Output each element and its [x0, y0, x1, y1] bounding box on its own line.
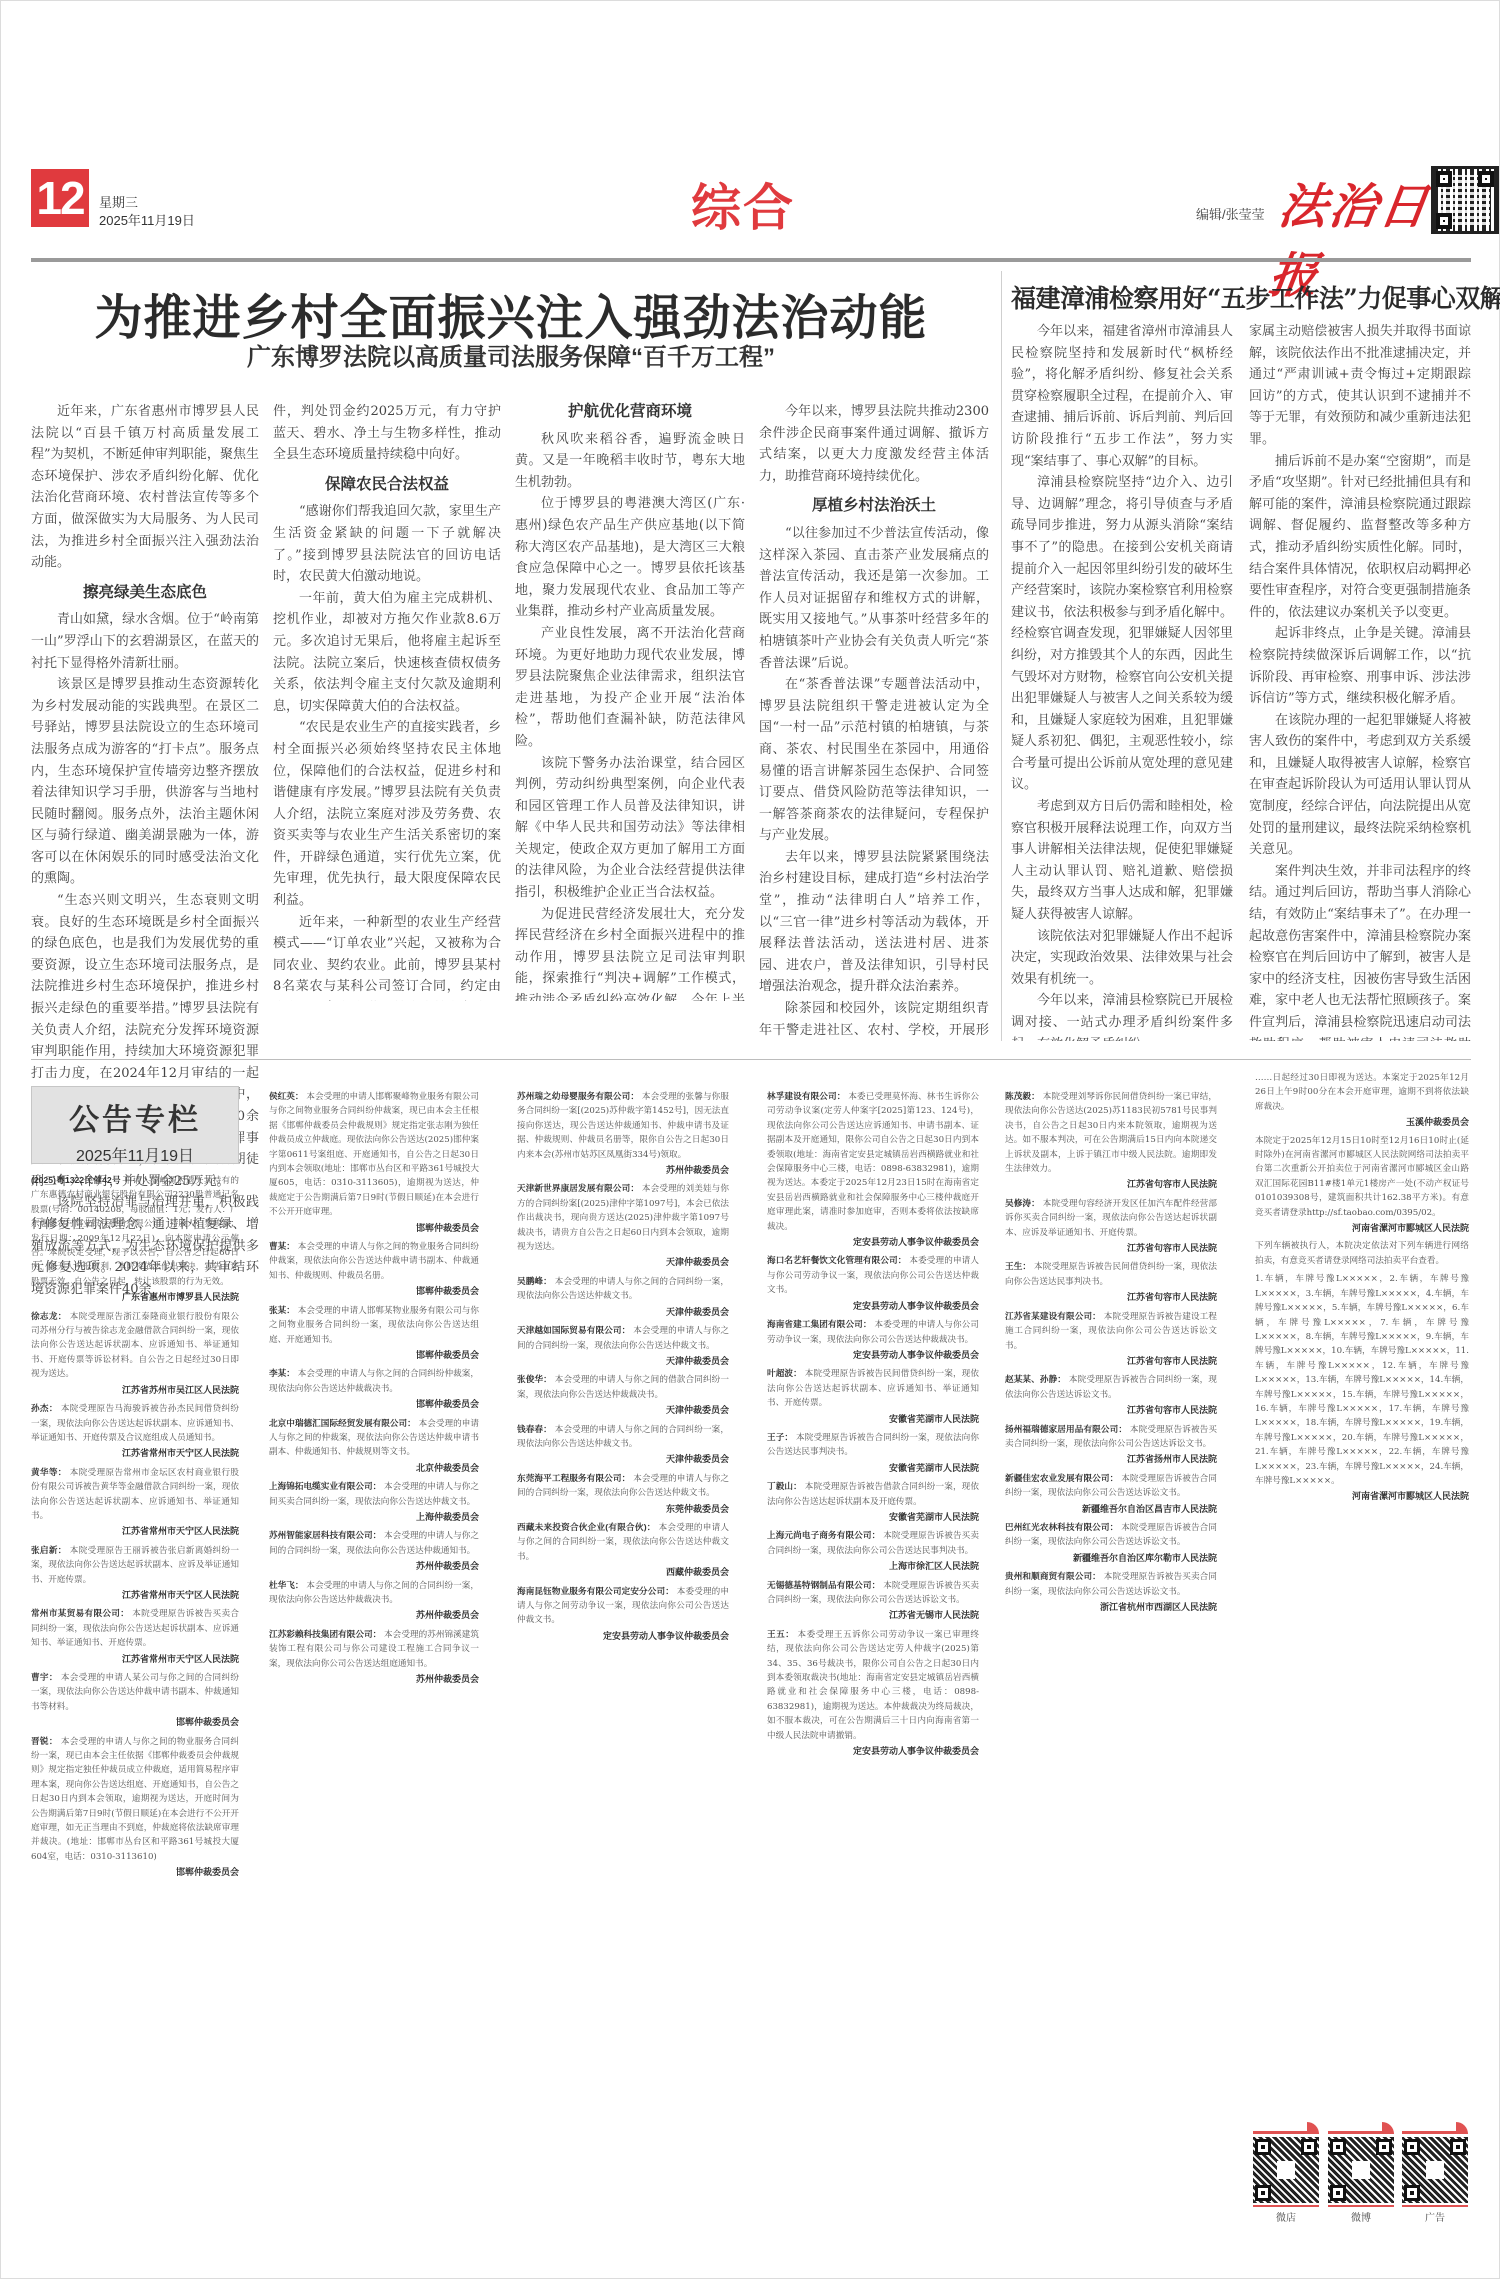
notice-item: 下列车辆被执行人，本院决定依法对下列车辆进行网络拍卖，有意竞买者请登录网络司法拍… — [1255, 1239, 1469, 1268]
notice-issuer: 天津仲裁委员会 — [517, 1305, 729, 1319]
notice-item: 张俊华： 本会受理的申请人与你之间的借款合同纠纷一案，现依法向你公告送达仲裁裁决… — [517, 1372, 729, 1417]
notice-issuer: 玉溪仲裁委员会 — [1255, 1115, 1469, 1129]
notice-item: 张某： 本会受理的申请人邯郸某物业服务有限公司与你之间物业服务合同纠纷一案，现依… — [269, 1303, 479, 1363]
notice-issuer: 定安县劳动人事争议仲裁委员会 — [767, 1299, 979, 1313]
notice-item: 王子： 本院受理原告诉被告合同纠纷一案，现依法向你公告送达民事判决书。安徽省芜湖… — [767, 1430, 979, 1475]
notice-issuer: 西藏仲裁委员会 — [517, 1565, 729, 1579]
notice-party: 常州市某贸易有限公司： — [31, 1608, 129, 1618]
notice-body: 本会受理的申请人与你之间的物业服务合同纠纷一案，现已由本会主任依据《邯郸仲裁委员… — [31, 1737, 239, 1862]
column-divider — [1001, 271, 1002, 1041]
weekday: 星期三 — [99, 192, 138, 211]
notice-column-4: 林孚建设有限公司： 本委已受理莫怀海、林书生诉你公司劳动争议案(定劳人仲案字[2… — [767, 1089, 979, 2174]
qr-label: 微店 — [1253, 2209, 1319, 2224]
notice-issuer: 安徽省芜湖市人民法院 — [767, 1510, 979, 1524]
notice-issuer: 天津仲裁委员会 — [517, 1255, 729, 1269]
paragraph: 捕后诉前不是办案“空窗期”，而是矛盾“攻坚期”。针对已经批捕但具有和解可能的案件… — [1249, 451, 1471, 624]
notice-issuer: 安徽省芜湖市人民法院 — [767, 1461, 979, 1475]
section-heading: 擦亮绿美生态底色 — [31, 582, 259, 604]
notice-item: 苏州智能家居科技有限公司： 本会受理的申请人与你之间的合同纠纷一案，现依法向你公… — [269, 1528, 479, 1573]
notice-item: 曹宇： 本会受理的申请人某公司与你之间的合同纠纷一案，现依法向你公告送达仲裁申请… — [31, 1670, 239, 1730]
notice-body: ……日起经过30日即视为送达。本案定于2025年12月26日上午9时00分在本会… — [1255, 1073, 1469, 1112]
main-article-column-2: 件，判处罚金约2025万元，有力守护蓝天、碧水、净土与生物多样性，推动全县生态环… — [273, 401, 501, 1001]
notice-item: 杜华飞： 本会受理的申请人与你之间的合同纠纷一案，现依法向你公告送达仲裁裁决书。… — [269, 1578, 479, 1623]
notice-column-6: ……日起经过30日即视为送达。本案定于2025年12月26日上午9时00分在本会… — [1255, 1071, 1469, 2111]
notice-party: 北京中瑞德汇国际经贸发展有限公司： — [269, 1418, 416, 1428]
notice-item: (2025)粤1322民催42号 申请人黎峻源因遗失其持有的广东惠德农村商业银行… — [31, 1173, 239, 1305]
notice-issuer: 上海市徐汇区人民法院 — [767, 1559, 979, 1573]
paragraph: 今年以来，漳浦县检察院已开展检调对接、一站式办理矛盾纠纷案件多起，有效化解矛盾纠… — [1011, 990, 1233, 1041]
paragraph: “农民是农业生产的直接实践者，乡村全面振兴必须始终坚持农民主体地位，保障他们的合… — [273, 717, 501, 911]
qr-banner — [1402, 2131, 1468, 2134]
notice-body: 本会受理的张馨与你服务合同纠纷一案[(2025)苏仲裁字第1452号]，因无法直… — [517, 1092, 729, 1160]
notice-item: 1.车辆，车牌号豫L×××××，2.车辆，车牌号豫L×××××，3.车辆，车牌号… — [1255, 1272, 1469, 1504]
notice-party: 徐志龙： — [31, 1311, 67, 1321]
notice-issuer: 江苏省句容市人民法院 — [1005, 1290, 1217, 1304]
paragraph: 位于博罗县的粤港澳大湾区(广东·惠州)绿色农产品生产供应基地(以下简称大湾区农产… — [515, 493, 745, 623]
notice-issuer: 天津仲裁委员会 — [517, 1354, 729, 1368]
paragraph: 近年来，广东省惠州市博罗县人民法院以“百县千镇万村高质量发展工程”为契机，不断延… — [31, 401, 259, 574]
notice-issuer: 安徽省芜湖市人民法院 — [767, 1412, 979, 1426]
notice-item: 西藏未来投资合伙企业(有限合伙)： 本会受理的申请人与你之间的合同纠纷一案，现依… — [517, 1520, 729, 1580]
notice-party: 钱春春： — [517, 1424, 552, 1434]
notice-body: 本会受理的申请人与你之间的合同纠纷仲裁案，现依法向你公告送达仲裁裁决书。 — [269, 1369, 479, 1393]
qr-finder-icon — [1450, 2139, 1466, 2155]
notice-issuer: 新疆维吾尔自治区昌吉市人民法院 — [1005, 1502, 1217, 1516]
notice-issuer: 苏州仲裁委员会 — [269, 1672, 479, 1686]
notice-item: 苏州瑞之幼母婴服务有限公司： 本会受理的张馨与你服务合同纠纷一案[(2025)苏… — [517, 1089, 729, 1177]
masthead-rule — [31, 258, 1471, 262]
notice-issuer: 苏州仲裁委员会 — [269, 1608, 479, 1622]
notice-party: 西藏未来投资合伙企业(有限合伙)： — [517, 1522, 656, 1532]
paragraph: 该景区是博罗县推动生态资源转化为乡村发展动能的实践典型。在景区二号驿站，博罗县法… — [31, 674, 259, 890]
qr-code-icon[interactable] — [1328, 2137, 1394, 2203]
paragraph: 该院下警务办法治课堂，结合园区判例，劳动纠纷典型案例，向企业代表和园区管理工作人… — [515, 753, 745, 904]
notice-issuer: 广东省惠州市博罗县人民法院 — [31, 1290, 239, 1304]
notice-party: (2025)粤1322民催42号 — [31, 1175, 121, 1185]
qr-finder-icon — [1301, 2139, 1317, 2155]
paragraph: 在该院办理的一起犯罪嫌疑人将被害人致伤的案件中，考虑到双方关系缓和，且嫌疑人取得… — [1249, 710, 1471, 861]
paragraph: 考虑到双方日后仍需和睦相处，检察官积极开展释法说理工作，向双方当事人讲解相关法律… — [1011, 796, 1233, 926]
notice-party: 曹某： — [269, 1241, 295, 1251]
notice-issuer: 浙江省杭州市西湖区人民法院 — [1005, 1600, 1217, 1614]
notice-party: 巴州红光农林科技有限公司： — [1005, 1522, 1118, 1532]
paragraph: 今年以来，博罗县法院共推动2300余件涉企民商事案件通过调解、撤诉方式结案，以更… — [759, 401, 989, 487]
notice-party: 无锡德基特钢制品有限公司： — [767, 1580, 880, 1590]
notice-party: 海南昆钰物业服务有限公司定安分公司： — [517, 1586, 674, 1596]
notice-item: 孙杰： 本院受理原告马海骏诉被告孙杰民间借贷纠纷一案，现依法向你公告送达起诉状副… — [31, 1401, 239, 1461]
notice-issuer: 东莞仲裁委员会 — [517, 1502, 729, 1516]
notice-party: 王子： — [767, 1432, 793, 1442]
page-number: 12 — [31, 169, 89, 227]
notice-party: 苏州智能家居科技有限公司： — [269, 1530, 381, 1540]
notice-item: 贵州和顺商贸有限公司： 本院受理原告诉被告买卖合同纠纷一案，现依法向你公司公告送… — [1005, 1569, 1217, 1614]
notice-party: 新疆佳宏农业发展有限公司： — [1005, 1473, 1118, 1483]
notice-issuer: 定安县劳动人事争议仲裁委员会 — [767, 1235, 979, 1249]
notice-party: 曹宇： — [31, 1672, 58, 1682]
notice-item: 黄华等： 本院受理原告常州市金坛区农村商业银行股份有限公司诉被告黄华等金融借款合… — [31, 1465, 239, 1539]
notice-item: 丁毅山： 本院受理原告诉被告借款合同纠纷一案，现依法向你公告送达起诉状副本及开庭… — [767, 1479, 979, 1524]
section-heading: 保障农民合法权益 — [273, 474, 501, 496]
notice-issuer: 江苏省句容市人民法院 — [1005, 1354, 1217, 1368]
paragraph: 案件判决生效，并非司法程序的终结。通过判后回访，帮助当事人消除心结，有效防止“案… — [1249, 861, 1471, 1041]
notice-issuer: 邯郸仲裁委员会 — [269, 1348, 479, 1362]
notice-issuer: 苏州仲裁委员会 — [517, 1163, 729, 1177]
notice-party: 海口名艺轩餐饮文化管理有限公司： — [767, 1255, 907, 1265]
notice-item: 吴鹏峰： 本会受理的申请人与你之间的合同纠纷一案，现依法向你公告送达仲裁文书。天… — [517, 1274, 729, 1319]
paragraph: 青山如黛，绿水含烟。位于“岭南第一山”罗浮山下的玄碧湖景区，在蓝天的衬托下显得格… — [31, 609, 259, 674]
notice-issuer: 天津仲裁委员会 — [517, 1403, 729, 1417]
paragraph: 秋风吹来稻谷香，遍野流金映日黄。又是一年晚稻丰收时节，粤东大地生机勃勃。 — [515, 429, 745, 494]
paragraph: “感谢你们帮我追回欠款，家里生产生活资金紧缺的问题一下子就解决了。”接到博罗县法… — [273, 501, 501, 587]
notice-item: 北京中瑞德汇国际经贸发展有限公司： 本会受理的申请人与你之间的仲裁案，现依法向你… — [269, 1416, 479, 1476]
notice-issuer: 河南省漯河市郾城区人民法院 — [1255, 1221, 1469, 1235]
notice-party: 天津越如国际贸易有限公司： — [517, 1325, 630, 1335]
notice-item: 徐志龙： 本院受理原告浙江泰隆商业银行股份有限公司苏州分行与被告徐志龙金融借款合… — [31, 1309, 239, 1397]
notice-item: 曹某： 本会受理的申请人与你之间的物业服务合同纠纷仲裁案，现依法向你公告送达仲裁… — [269, 1239, 479, 1299]
notice-body: 本院定于2025年12月15日10时至12月16日10时止(延时除外)在河南省漯… — [1255, 1136, 1469, 1218]
qr-finder-icon — [1330, 2185, 1346, 2201]
notice-item: 海口名艺轩餐饮文化管理有限公司： 本委受理的申请人与你公司劳动争议一案，现依法向… — [767, 1253, 979, 1313]
notice-issuer: 北京仲裁委员会 — [269, 1461, 479, 1475]
notice-party: 王五： — [767, 1629, 794, 1639]
side-headline: 福建漳浦检察用好“五步工作法”力促事心双解 — [1011, 279, 1471, 315]
side-article-column-2: 家属主动赔偿被害人损失并取得书面谅解，该院依法作出不批准逮捕决定，并通过“严肃训… — [1249, 321, 1471, 1041]
notice-date: 2025年11月19日 — [32, 1143, 238, 1166]
notice-issuer: 江苏省无锡市人民法院 — [767, 1608, 979, 1622]
notice-item: 常州市某贸易有限公司： 本院受理原告诉被告买卖合同纠纷一案，现依法向你公告送达起… — [31, 1606, 239, 1666]
notice-party: 贵州和顺商贸有限公司： — [1005, 1571, 1101, 1581]
notice-party: 上海锦拓电缆实业有限公司： — [269, 1481, 381, 1491]
notice-party: 王生： — [1005, 1261, 1031, 1271]
notice-issuer: 邯郸仲裁委员会 — [31, 1865, 239, 1879]
notice-party: 天津新世界康居发展有限公司： — [517, 1183, 639, 1193]
notice-item: 本院定于2025年12月15日10时至12月16日10时止(延时除外)在河南省漯… — [1255, 1134, 1469, 1236]
qr-finder-icon — [1255, 2139, 1271, 2155]
notice-body: 本会受理的刘美娃与你方的合同纠纷案[(2025)津仲字第1097号]，本会已依法… — [517, 1184, 729, 1252]
paragraph: 去年以来，博罗县法院紧紧围绕法治乡村建设目标，建成打造“乡村法治学堂”，推动“法… — [759, 847, 989, 998]
qr-banner — [1253, 2131, 1319, 2134]
notice-body: 本院受理原告马海骏诉被告孙杰民间借贷纠纷一案，现依法向你公告送达起诉状副本、应诉… — [31, 1404, 239, 1443]
notice-item: 赵某某、孙静： 本院受理原告诉被告合同纠纷一案，现依法向你公告送达诉讼文书。江苏… — [1005, 1372, 1217, 1417]
notice-body: 申请人黎峻源因遗失其持有的广东惠德农村商业银行股份有限公司2230股普通记名股票… — [31, 1176, 239, 1287]
notice-issuer: 江苏省常州市天宁区人民法院 — [31, 1446, 239, 1460]
notice-party: 吴修涛： — [1005, 1198, 1040, 1208]
notice-party: 黄华等： — [31, 1467, 67, 1477]
qr-code-icon[interactable] — [1253, 2137, 1319, 2203]
notice-item: 上海锦拓电缆实业有限公司： 本会受理的申请人与你之间买卖合同纠纷一案，现依法向你… — [269, 1479, 479, 1524]
notice-issuer: 江苏省常州市天宁区人民法院 — [31, 1588, 239, 1602]
notice-party: 叶超波： — [767, 1368, 802, 1378]
paragraph: 一年前，黄大伯为雇主完成耕机、挖机作业，却被对方拖欠作业款8.6万元。多次追讨无… — [273, 588, 501, 718]
paragraph: 家属主动赔偿被害人损失并取得书面谅解，该院依法作出不批准逮捕决定，并通过“严肃训… — [1249, 321, 1471, 451]
notice-party: 江苏彩赖科技集团有限公司： — [269, 1629, 381, 1639]
notice-body: 本会受理的申请人某公司与你之间的合同纠纷一案，现依法向你公告送达仲裁申请书副本、… — [31, 1673, 239, 1712]
qr-finder-icon — [1436, 213, 1452, 229]
notice-body: 下列车辆被执行人，本院决定依法对下列车辆进行网络拍卖，有意竞买者请登录网络司法拍… — [1255, 1241, 1469, 1265]
section-divider — [31, 1059, 1471, 1060]
notice-party: 张某： — [269, 1305, 295, 1315]
notice-item: 上海元尚电子商务有限公司： 本院受理原告诉被告买卖合同纠纷一案，现依法向你公司公… — [767, 1528, 979, 1573]
notice-issuer: 邯郸仲裁委员会 — [269, 1397, 479, 1411]
notice-item: 王五： 本委受理王五诉你公司劳动争议一案已审理终结，现依法向你公司公告送达定劳人… — [767, 1627, 979, 1759]
notice-column-header: 公告专栏 2025年11月19日 — [31, 1086, 239, 1164]
notice-item: 天津新世界康居发展有限公司： 本会受理的刘美娃与你方的合同纠纷案[(2025)津… — [517, 1181, 729, 1269]
notice-item: ……日起经过30日即视为送达。本案定于2025年12月26日上午9时00分在本会… — [1255, 1071, 1469, 1130]
notice-party: 苏州瑞之幼母婴服务有限公司： — [517, 1091, 639, 1101]
paragraph: 起诉非终点，止争是关键。漳浦县检察院持续做深诉后调解工作，以“抗诉阶段、再审检察… — [1249, 623, 1471, 709]
qr-code-icon[interactable] — [1431, 166, 1499, 234]
notice-party: 林孚建设有限公司： — [767, 1091, 845, 1101]
notice-issuer: 苏州仲裁委员会 — [269, 1559, 479, 1573]
notice-issuer: 江苏省常州市天宁区人民法院 — [31, 1524, 239, 1538]
notice-body: 本院受理刘琴诉你民间借贷纠纷一案已审结，现依法向你公告送达(2025)苏1183… — [1005, 1092, 1217, 1174]
notice-body: 本院受理原告诉被告民间借贷纠纷一案，现依法向你公告送达民事判决书。 — [1005, 1262, 1217, 1286]
main-article-column-1: 近年来，广东省惠州市博罗县人民法院以“百县千镇万村高质量发展工程”为契机，不断延… — [31, 401, 259, 1001]
notice-issuer: 江苏省句容市人民法院 — [1005, 1177, 1217, 1191]
notice-item: 天津越如国际贸易有限公司： 本会受理的申请人与你之间的合同纠纷一案，现依法向你公… — [517, 1323, 729, 1368]
notice-party: 赵某某、孙静： — [1005, 1374, 1066, 1384]
qr-banner — [1253, 2205, 1319, 2207]
qr-advert[interactable]: 广告 — [1402, 2131, 1468, 2224]
qr-finder-icon — [1404, 2139, 1420, 2155]
notice-item: 张启新： 本院受理原告王丽诉被告张启新离婚纠纷一案，现依法向你公告送达起诉状副本… — [31, 1543, 239, 1603]
notice-body: 本会受理的申请人邯郸聚峰物业服务有限公司与你之间物业服务合同纠纷仲裁案，现已由本… — [269, 1092, 479, 1217]
notice-party: 张启新： — [31, 1545, 67, 1555]
paragraph: 件，判处罚金约2025万元，有力守护蓝天、碧水、净土与生物多样性，推动全县生态环… — [273, 401, 501, 466]
notice-item: 无锡德基特钢制品有限公司： 本院受理原告诉被告买卖合同纠纷一案，现依法向你公司公… — [767, 1578, 979, 1623]
notice-item: 王生： 本院受理原告诉被告民间借贷纠纷一案，现依法向你公告送达民事判决书。江苏省… — [1005, 1259, 1217, 1304]
notice-item: 新疆佳宏农业发展有限公司： 本院受理原告诉被告合同纠纷一案，现依法向你公司公告送… — [1005, 1471, 1217, 1516]
notice-issuer: 江苏省苏州市吴江区人民法院 — [31, 1383, 239, 1397]
notice-issuer: 天津仲裁委员会 — [517, 1452, 729, 1466]
notice-item: 吴修涛： 本院受理句容经济开发区任加汽车配件经营部诉你买卖合同纠纷一案，现依法向… — [1005, 1196, 1217, 1256]
notice-item: 林孚建设有限公司： 本委已受理莫怀海、林书生诉你公司劳动争议案(定劳人仲案字[2… — [767, 1089, 979, 1249]
notice-party: 杜华飞： — [269, 1580, 304, 1590]
notice-party: 张俊华： — [517, 1374, 552, 1384]
notice-issuer: 江苏省句容市人民法院 — [1005, 1403, 1217, 1417]
qr-banner — [1328, 2131, 1394, 2134]
notice-column-1: (2025)粤1322民催42号 申请人黎峻源因遗失其持有的广东惠德农村商业银行… — [31, 1173, 239, 2173]
qr-code-icon[interactable] — [1402, 2137, 1468, 2203]
main-article-column-4: 今年以来，博罗县法院共推动2300余件涉企民商事案件通过调解、撤诉方式结案，以更… — [759, 401, 989, 1041]
qr-label: 广告 — [1402, 2209, 1468, 2224]
notice-body: 本委已受理莫怀海、林书生诉你公司劳动争议案(定劳人仲案字[2025]第123、1… — [767, 1092, 979, 1232]
notice-issuer: 江苏省扬州市人民法院 — [1005, 1452, 1217, 1466]
notice-issuer: 邯郸仲裁委员会 — [269, 1284, 479, 1298]
paragraph: 产业良性发展，离不开法治化营商环境。为更好地助力现代农业发展，博罗县法院聚焦企业… — [515, 623, 745, 753]
newspaper-page: 12 星期三 2025年11月19日 综合 编辑/张莹莹 法治日报 为推进乡村全… — [0, 0, 1500, 2279]
qr-finder-icon — [1436, 171, 1452, 187]
qr-weibo[interactable]: 微博 — [1328, 2131, 1394, 2224]
section-heading: 厚植乡村法治沃土 — [759, 495, 989, 517]
notice-column-3: 苏州瑞之幼母婴服务有限公司： 本会受理的张馨与你服务合同纠纷一案[(2025)苏… — [517, 1089, 729, 2174]
editor-credit: 编辑/张莹莹 — [1196, 204, 1265, 223]
paragraph: 在“茶香普法课”专题普法活动中，博罗县法院组织干警走进被认定为全国“一村一品”示… — [759, 674, 989, 847]
notice-party: 孙杰： — [31, 1403, 58, 1413]
qr-finder-icon — [1255, 2185, 1271, 2201]
qr-finder-icon — [1404, 2185, 1420, 2201]
notice-item: 江苏省某建设有限公司： 本院受理原告诉被告建设工程施工合同纠纷一案，现依法向你公… — [1005, 1309, 1217, 1369]
notice-item: 李某： 本会受理的申请人与你之间的合同纠纷仲裁案，现依法向你公告送达仲裁裁决书。… — [269, 1366, 479, 1411]
notice-party: 江苏省某建设有限公司： — [1005, 1311, 1101, 1321]
notice-item: 海南昆钰物业服务有限公司定安分公司： 本委受理的申请人与你之间劳动争议一案，现依… — [517, 1584, 729, 1644]
notice-body: 本院受理原告诉被告合同纠纷一案，现依法向你公告送达民事判决书。 — [767, 1433, 979, 1457]
paragraph: “以往参加过不少普法宣传活动，像这样深入茶园、直击茶产业发展痛点的普法宣传活动，… — [759, 523, 989, 674]
notice-issuer: 上海仲裁委员会 — [269, 1510, 479, 1524]
notice-issuer: 江苏省常州市天宁区人民法院 — [31, 1652, 239, 1666]
notice-party: 晋锐： — [31, 1736, 58, 1746]
notice-column-5: 陈茂毅： 本院受理刘琴诉你民间借贷纠纷一案已审结，现依法向你公告送达(2025)… — [1005, 1089, 1217, 2174]
qr-finder-icon — [1330, 2139, 1346, 2155]
notice-item: 晋锐： 本会受理的申请人与你之间的物业服务合同纠纷一案，现已由本会主任依据《邯郸… — [31, 1734, 239, 1880]
notice-item: 陈茂毅： 本院受理刘琴诉你民间借贷纠纷一案已审结，现依法向你公告送达(2025)… — [1005, 1089, 1217, 1192]
side-article-column-1: 今年以来，福建省漳州市漳浦县人民检察院坚持和发展新时代“枫桥经验”，将化解矛盾纠… — [1011, 321, 1233, 1041]
notice-party: 李某： — [269, 1368, 295, 1378]
qr-weidian[interactable]: 微店 — [1253, 2131, 1319, 2224]
section-title: 综合 — [691, 168, 795, 240]
notice-issuer: 定安县劳动人事争议仲裁委员会 — [767, 1348, 979, 1362]
qr-banner — [1328, 2205, 1394, 2207]
notice-body: 本委受理王五诉你公司劳动争议一案已审理终结，现依法向你公司公告送达定劳人仲裁字(… — [767, 1630, 979, 1741]
notice-issuer: 江苏省句容市人民法院 — [1005, 1241, 1217, 1255]
notice-party: 扬州福瑞德家居用品有限公司： — [1005, 1424, 1127, 1434]
notice-body: 本会受理的申请人邯郸某物业服务有限公司与你之间物业服务合同纠纷一案，现依法向你公… — [269, 1306, 479, 1345]
masthead: 12 星期三 2025年11月19日 综合 编辑/张莹莹 法治日报 — [31, 166, 1471, 241]
notice-party: 丁毅山： — [767, 1481, 802, 1491]
notice-item: 扬州福瑞德家居用品有限公司： 本院受理原告诉被告买卖合同纠纷一案，现依法向你公司… — [1005, 1422, 1217, 1467]
paragraph: 除茶园和校园外，该院定期组织青年干警走进社区、农村、学校，开展形式多样、内容丰富… — [759, 998, 989, 1041]
notice-issuer: 邯郸仲裁委员会 — [269, 1221, 479, 1235]
main-subheadline: 广东博罗法院以高质量司法服务保障“百千万工程” — [31, 337, 991, 372]
qr-finder-icon — [1478, 171, 1494, 187]
paragraph: 近年来，一种新型的农业生产经营模式——“订单农业”兴起，又被称为合同农业、契约农… — [273, 912, 501, 1001]
paragraph: 今年以来，福建省漳州市漳浦县人民检察院坚持和发展新时代“枫桥经验”，将化解矛盾纠… — [1011, 321, 1233, 472]
notice-item: 江苏彩赖科技集团有限公司： 本会受理的苏州锦溪建筑装饰工程有限公司与你公司建设工… — [269, 1627, 479, 1687]
qr-finder-icon — [1376, 2139, 1392, 2155]
paragraph: 该院依法对犯罪嫌疑人作出不起诉决定，实现政治效果、法律效果与社会效果有机统一。 — [1011, 926, 1233, 991]
section-heading: 护航优化营商环境 — [515, 401, 745, 423]
notice-item: 海南省建工集团有限公司： 本委受理的申请人与你公司劳动争议一案，现依法向你公司公… — [767, 1317, 979, 1362]
notice-item: 钱春春： 本会受理的申请人与你之间的合同纠纷一案，现依法向你公告送达仲裁文书。天… — [517, 1422, 729, 1467]
notice-issuer: 定安县劳动人事争议仲裁委员会 — [517, 1629, 729, 1643]
notice-issuer: 河南省漯河市郾城区人民法院 — [1255, 1489, 1469, 1503]
notice-column-2: 侯红英： 本会受理的申请人邯郸聚峰物业服务有限公司与你之间物业服务合同纠纷仲裁案… — [269, 1089, 479, 2174]
notice-item: 侯红英： 本会受理的申请人邯郸聚峰物业服务有限公司与你之间物业服务合同纠纷仲裁案… — [269, 1089, 479, 1235]
main-article-column-3: 护航优化营商环境 秋风吹来稻谷香，遍野流金映日黄。又是一年晚稻丰收时节，粤东大地… — [515, 401, 745, 1001]
notice-party: 侯红英： — [269, 1091, 304, 1101]
notice-party: 陈茂毅： — [1005, 1091, 1040, 1101]
notice-item: 巴州红光农林科技有限公司： 本院受理原告诉被告合同纠纷一案，现依法向你公司公告送… — [1005, 1520, 1217, 1565]
notice-item: 东莞海平工程服务有限公司： 本会受理的申请人与你之间的合同纠纷一案，现依法向你公… — [517, 1471, 729, 1516]
notice-body: 本院受理原告浙江泰隆商业银行股份有限公司苏州分行与被告徐志龙金融借款合同纠纷一案… — [31, 1312, 239, 1380]
notice-title: 公告专栏 — [32, 1095, 238, 1139]
notice-issuer: 新疆维吾尔自治区库尔勒市人民法院 — [1005, 1551, 1217, 1565]
notice-party: 东莞海平工程服务有限公司： — [517, 1473, 630, 1483]
notice-issuer: 邯郸仲裁委员会 — [31, 1715, 239, 1729]
notice-party: 海南省建工集团有限公司： — [767, 1319, 872, 1329]
notice-body: 本会受理的申请人与你之间的物业服务合同纠纷仲裁案，现依法向你公告送达仲裁申请书副… — [269, 1242, 479, 1281]
issue-date: 2025年11月19日 — [99, 210, 195, 229]
paragraph: 为促进民营经济发展壮大，充分发挥民营经济在乡村全面振兴进程中的推动作用，博罗县法… — [515, 904, 745, 1001]
notice-body: 1.车辆，车牌号豫L×××××，2.车辆，车牌号豫L×××××，3.车辆，车牌号… — [1255, 1274, 1469, 1486]
qr-label: 微博 — [1328, 2209, 1394, 2224]
qr-banner — [1402, 2205, 1468, 2207]
notice-item: 叶超波： 本院受理原告诉被告民间借贷纠纷一案，现依法向你公告送达起诉状副本、应诉… — [767, 1366, 979, 1426]
paragraph: 漳浦县检察院坚持“边介入、边引导、边调解”理念，将引导侦查与矛盾疏导同步推进，努… — [1011, 472, 1233, 796]
notice-party: 上海元尚电子商务有限公司： — [767, 1530, 880, 1540]
notice-party: 吴鹏峰： — [517, 1276, 552, 1286]
notice-issuer: 定安县劳动人事争议仲裁委员会 — [767, 1744, 979, 1758]
